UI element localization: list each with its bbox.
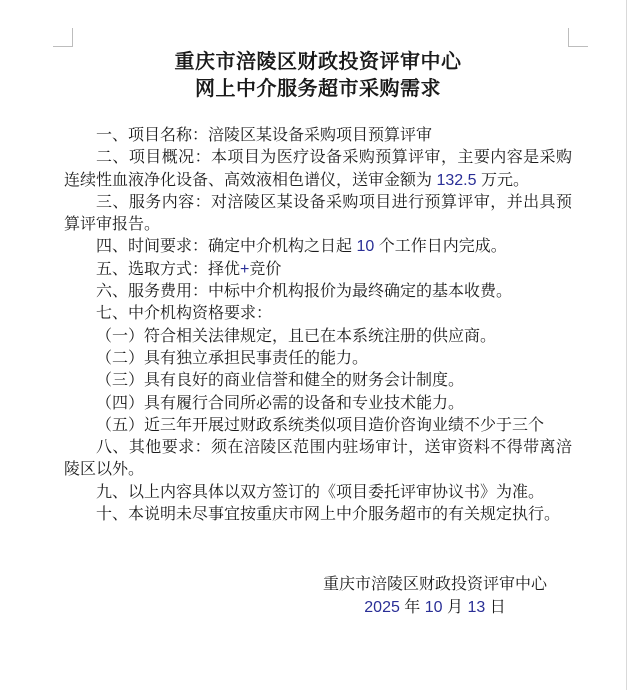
paragraph: （五）近三年开展过财政系统类似项目造价咨询业绩不少于三个 bbox=[64, 415, 572, 437]
number-run: + bbox=[240, 261, 249, 278]
paragraph: 九、以上内容具体以双方签订的《项目委托评审协议书》为准。 bbox=[64, 482, 572, 504]
document-body: 一、项目名称：涪陵区某设备采购项目预算评审二、项目概况：本项目为医疗设备采购预算… bbox=[64, 125, 572, 526]
text-run: （五）近三年开展过财政系统类似项目造价咨询业绩不少于三个 bbox=[96, 417, 544, 434]
margin-crop-mark-left bbox=[53, 28, 73, 47]
paragraph: 七、中介机构资格要求： bbox=[64, 303, 572, 325]
text-run: （二）具有独立承担民事责任的能力。 bbox=[96, 350, 368, 367]
paragraph: 五、选取方式：择优+竞价 bbox=[64, 259, 572, 281]
number-run: 13 bbox=[467, 599, 485, 616]
text-run: 五、选取方式：择优 bbox=[96, 261, 240, 278]
paragraph: 二、项目概况：本项目为医疗设备采购预算评审，主要内容是采购连续性血液净化设备、高… bbox=[64, 147, 572, 192]
text-run: 七、中介机构资格要求： bbox=[96, 305, 272, 322]
number-run: 2025 bbox=[364, 599, 400, 616]
text-run: 年 bbox=[400, 599, 425, 616]
paragraph: （一）符合相关法律规定，且已在本系统注册的供应商。 bbox=[64, 326, 572, 348]
signature-org: 重庆市涪陵区财政投资评审中心 bbox=[323, 574, 547, 597]
number-run: 10 bbox=[425, 599, 443, 616]
text-run: 四、时间要求：确定中介机构之日起 bbox=[96, 238, 356, 255]
text-run: 九、以上内容具体以双方签订的《项目委托评审协议书》为准。 bbox=[96, 484, 544, 501]
paragraph: 六、服务费用：中标中介机构报价为最终确定的基本收费。 bbox=[64, 281, 572, 303]
paragraph: 八、其他要求：须在涪陵区范围内驻场审计，送审资料不得带离涪陵区以外。 bbox=[64, 437, 572, 482]
text-run: 月 bbox=[443, 599, 468, 616]
title-line-1: 重庆市涪陵区财政投资评审中心 bbox=[0, 49, 636, 76]
paragraph: （二）具有独立承担民事责任的能力。 bbox=[64, 348, 572, 370]
signature-block: 重庆市涪陵区财政投资评审中心 2025 年 10 月 13 日 bbox=[323, 574, 547, 619]
paragraph: （三）具有良好的商业信誉和健全的财务会计制度。 bbox=[64, 370, 572, 392]
text-run: 三、服务内容：对涪陵区某设备采购项目进行预算评审，并出具预算评审报告。 bbox=[64, 194, 572, 233]
text-run: 八、其他要求：须在涪陵区范围内驻场审计，送审资料不得带离涪陵区以外。 bbox=[64, 439, 572, 478]
document-title: 重庆市涪陵区财政投资评审中心 网上中介服务超市采购需求 bbox=[0, 49, 636, 103]
title-line-2: 网上中介服务超市采购需求 bbox=[0, 76, 636, 103]
text-run: （三）具有良好的商业信誉和健全的财务会计制度。 bbox=[96, 372, 464, 389]
text-run: 日 bbox=[485, 599, 505, 616]
paragraph: 三、服务内容：对涪陵区某设备采购项目进行预算评审，并出具预算评审报告。 bbox=[64, 192, 572, 237]
text-run: 十、本说明未尽事宜按重庆市网上中介服务超市的有关规定执行。 bbox=[96, 506, 560, 523]
page-edge-line bbox=[626, 0, 627, 690]
paragraph: 十、本说明未尽事宜按重庆市网上中介服务超市的有关规定执行。 bbox=[64, 504, 572, 526]
text-run: 六、服务费用：中标中介机构报价为最终确定的基本收费。 bbox=[96, 283, 512, 300]
document-page: 重庆市涪陵区财政投资评审中心 网上中介服务超市采购需求 一、项目名称：涪陵区某设… bbox=[0, 0, 636, 690]
text-run: （四）具有履行合同所必需的设备和专业技术能力。 bbox=[96, 395, 464, 412]
margin-crop-mark-right bbox=[568, 28, 588, 47]
paragraph: （四）具有履行合同所必需的设备和专业技术能力。 bbox=[64, 393, 572, 415]
text-run: （一）符合相关法律规定，且已在本系统注册的供应商。 bbox=[96, 328, 496, 345]
signature-date: 2025 年 10 月 13 日 bbox=[323, 597, 547, 620]
paragraph: 四、时间要求：确定中介机构之日起 10 个工作日内完成。 bbox=[64, 236, 572, 258]
text-run: 竞价 bbox=[249, 261, 281, 278]
number-run: 10 bbox=[356, 238, 374, 255]
text-run: 个工作日内完成。 bbox=[374, 238, 506, 255]
text-run: 一、项目名称：涪陵区某设备采购项目预算评审 bbox=[96, 127, 432, 144]
number-run: 132.5 bbox=[436, 172, 476, 189]
text-run: 万元。 bbox=[477, 172, 529, 189]
paragraph: 一、项目名称：涪陵区某设备采购项目预算评审 bbox=[64, 125, 572, 147]
